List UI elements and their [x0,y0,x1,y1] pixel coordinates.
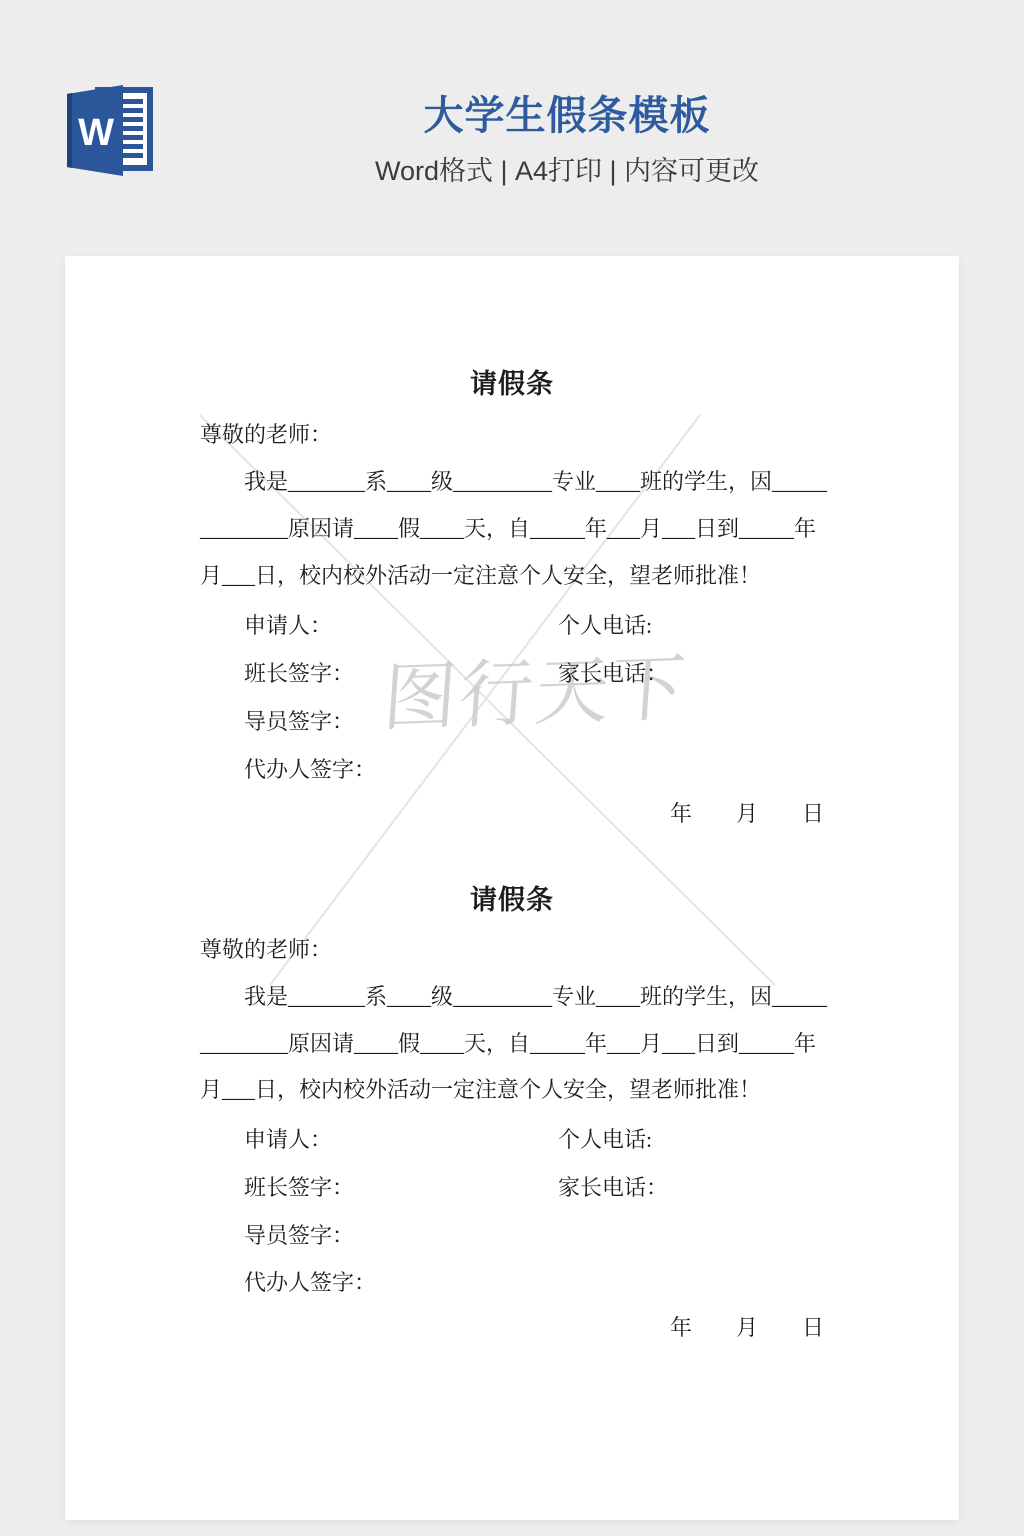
document-page: 图行天下 请假条 尊敬的老师： 我是_______系____级_________… [65,256,959,1520]
form2-body-line: ________原因请____假____天，自_____年___月___日到__… [200,1030,840,1058]
form1-counselor-sign-label: 导员签字： [244,708,354,736]
form2-counselor-sign-label: 导员签字： [244,1222,354,1250]
form1-greeting: 尊敬的老师： [200,421,840,449]
form1-body-line: 我是_______系____级_________专业____班的学生，因____… [200,468,840,496]
word-icon-fold [67,93,72,168]
form2-monitor-sign-label: 班长签字： [244,1174,354,1202]
form2-applicant-label: 申请人： [244,1126,332,1154]
form2-body-line: 我是_______系____级_________专业____班的学生，因____… [200,983,840,1011]
form1-parent-phone-label: 家长电话： [558,660,668,688]
template-preview-canvas: W 大学生假条模板 Word格式 | A4打印 | 内容可更改 图行天下 请假条… [0,0,1024,1536]
form1-date-line: 年 月 日 [200,800,832,828]
watermark-text: 图行天下 [380,639,766,745]
form2-title: 请假条 [65,884,959,916]
form1-monitor-sign-label: 班长签字： [244,660,354,688]
word-icon-letter: W [78,112,114,154]
form1-personal-phone-label: 个人电话: [558,612,652,640]
form2-greeting: 尊敬的老师： [200,936,840,964]
form1-body-line: ________原因请____假____天，自_____年___月___日到__… [200,515,840,543]
form2-date-line: 年 月 日 [200,1314,832,1342]
form2-body-line: 月___日，校内校外活动一定注意个人安全，望老师批准！ [200,1076,840,1104]
form1-agent-sign-label: 代办人签字： [244,756,376,784]
form2-parent-phone-label: 家长电话： [558,1174,668,1202]
form1-body-line: 月___日，校内校外活动一定注意个人安全，望老师批准！ [200,562,840,590]
form1-title: 请假条 [65,368,959,400]
form2-agent-sign-label: 代办人签字： [244,1269,376,1297]
page-title: 大学生假条模板 [110,94,1024,138]
form2-personal-phone-label: 个人电话: [558,1126,652,1154]
page-subtitle: Word格式 | A4打印 | 内容可更改 [110,155,1024,187]
form1-applicant-label: 申请人： [244,612,332,640]
